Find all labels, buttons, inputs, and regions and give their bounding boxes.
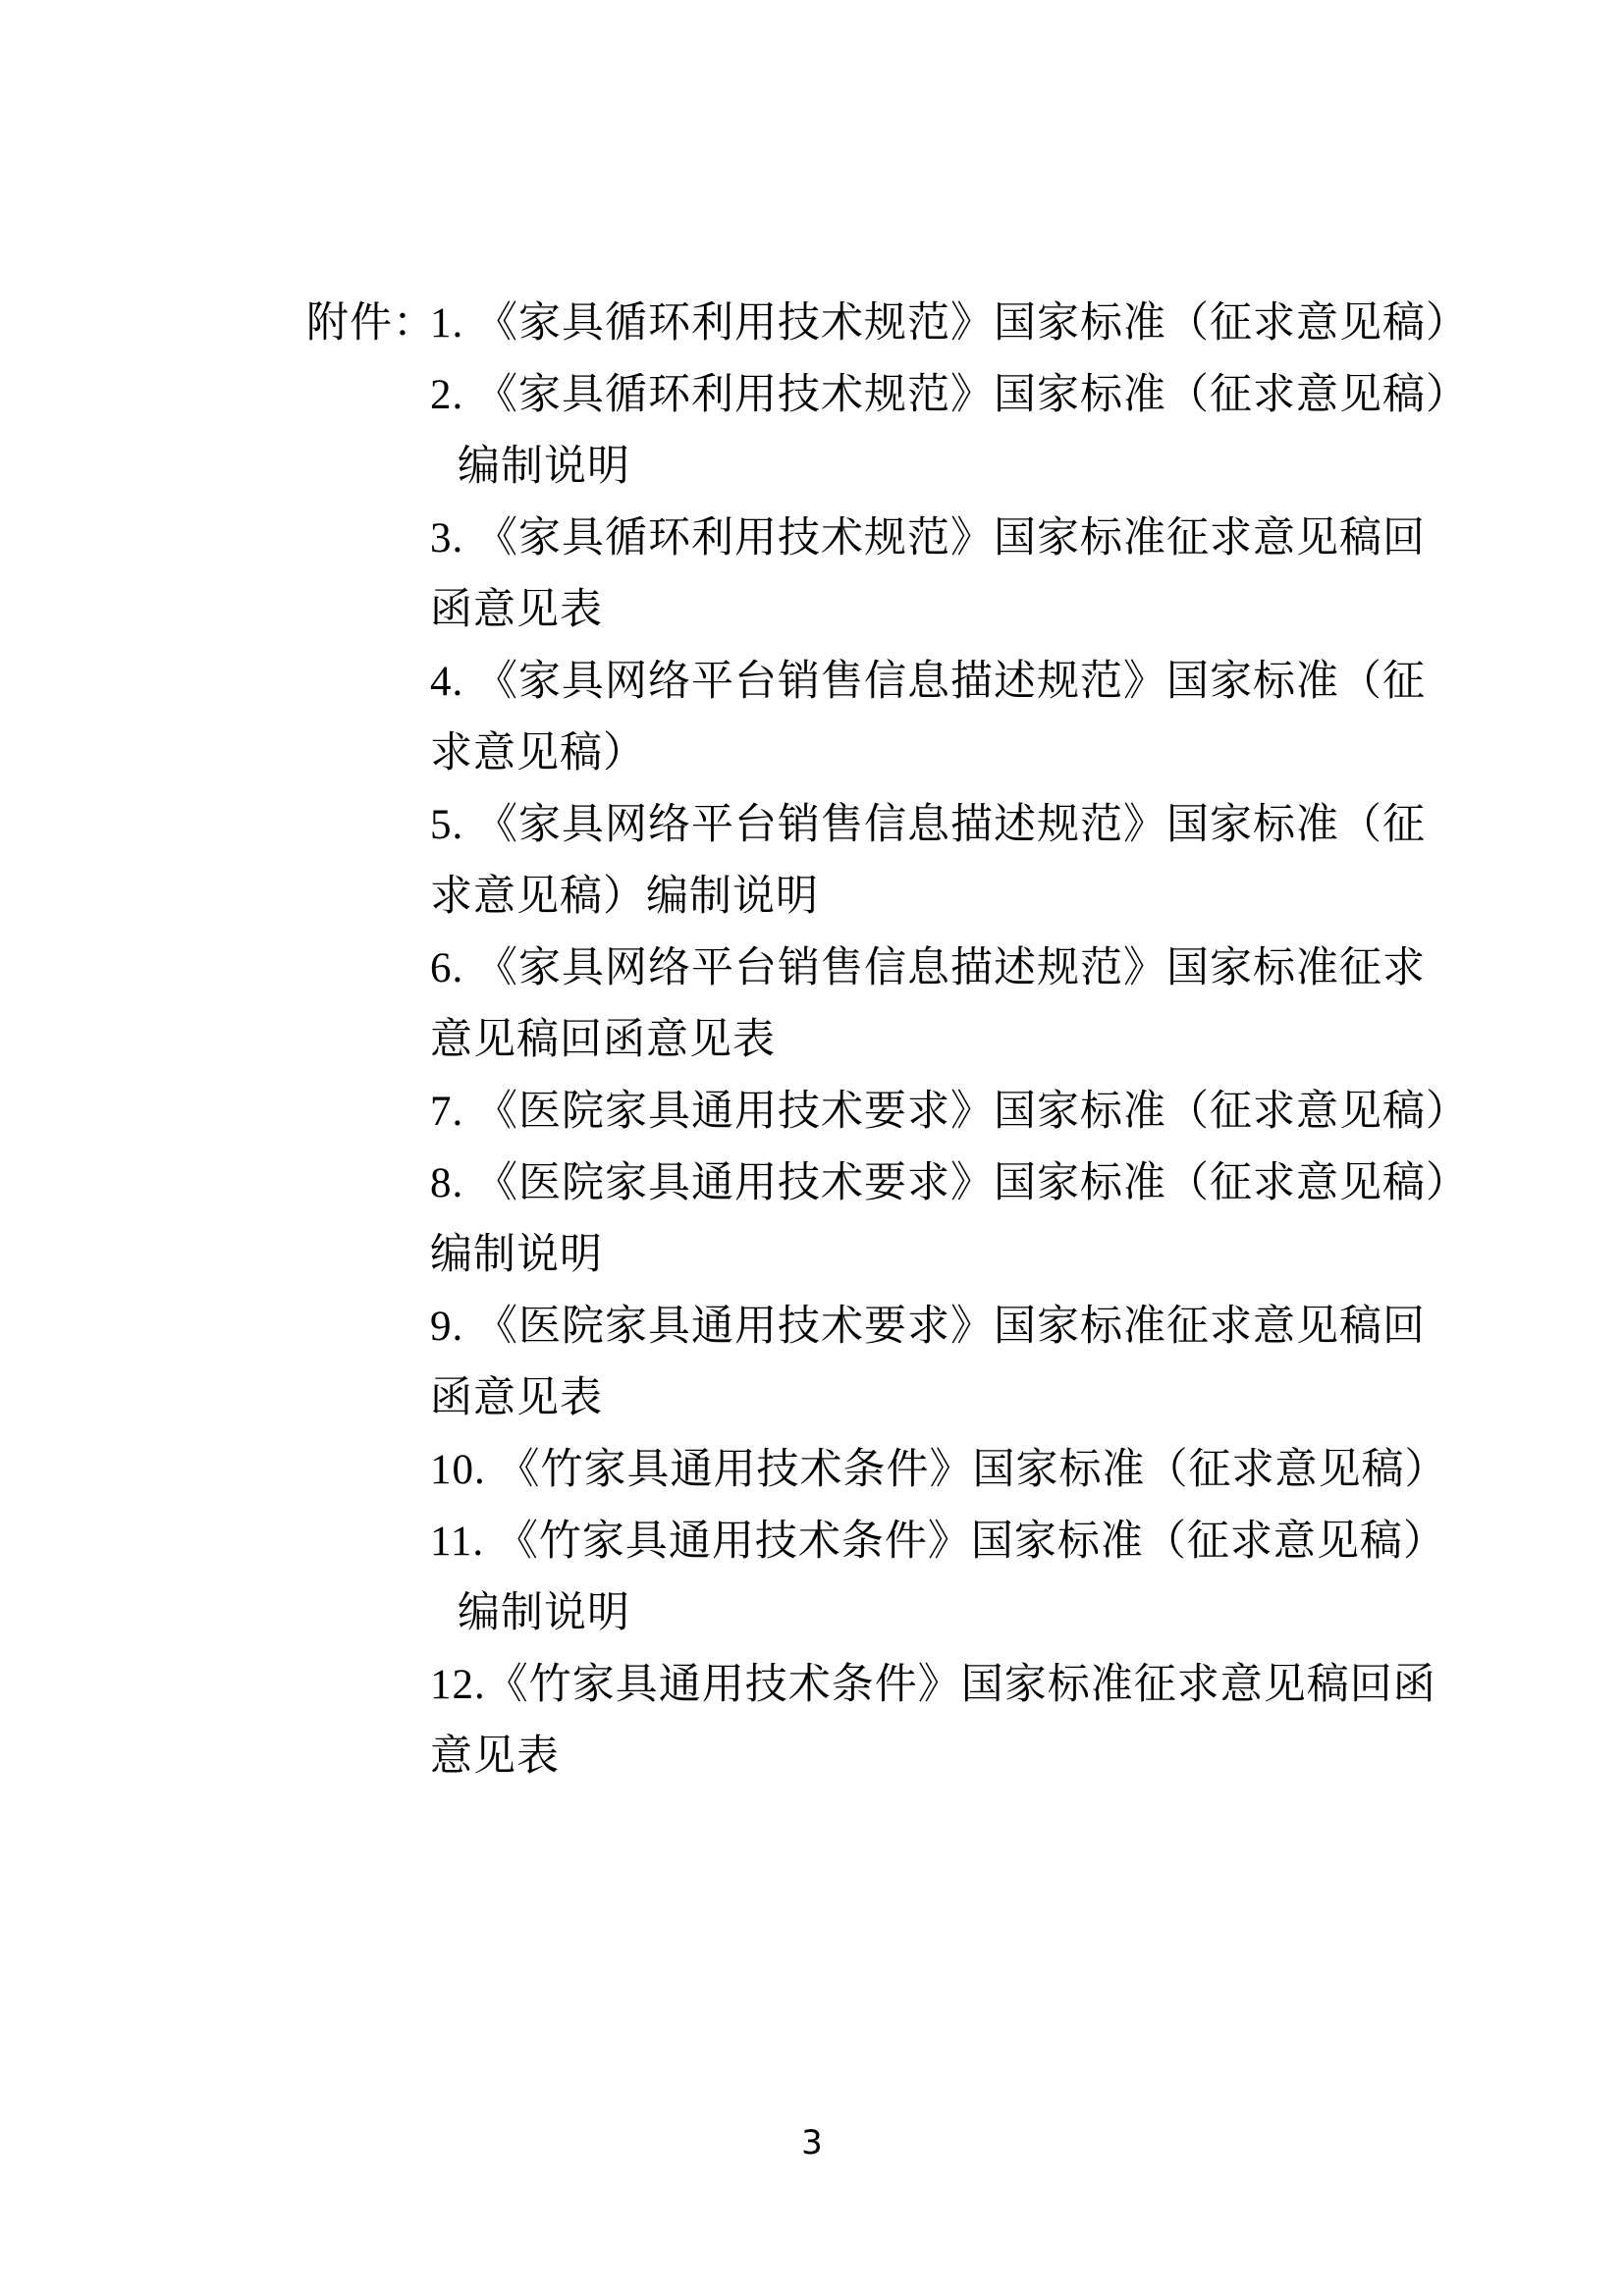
attachment-line: 3. 《家具循环利用技术规范》国家标准征求意见稿回	[430, 503, 1490, 574]
attachment-line: 函意见表	[430, 574, 1490, 646]
attachment-line: 编制说明	[430, 431, 1490, 503]
attachment-line: 8. 《医院家具通用技术要求》国家标准（征求意见稿）	[430, 1148, 1490, 1219]
attachment-line: 1. 《家具循环利用技术规范》国家标准（征求意见稿）	[430, 288, 1490, 359]
attachment-list: 1. 《家具循环利用技术规范》国家标准（征求意见稿）2. 《家具循环利用技术规范…	[430, 288, 1490, 1792]
page-number: 3	[0, 2123, 1624, 2163]
attachment-line: 编制说明	[430, 1219, 1490, 1291]
attachment-line: 2. 《家具循环利用技术规范》国家标准（征求意见稿）	[430, 359, 1490, 431]
attachment-line: 11. 《竹家具通用技术条件》国家标准（征求意见稿）	[430, 1506, 1490, 1577]
attachment-line: 意见表	[430, 1721, 1490, 1792]
attachment-line: 函意见表	[430, 1362, 1490, 1434]
document-page: 附件： 1. 《家具循环利用技术规范》国家标准（征求意见稿）2. 《家具循环利用…	[0, 0, 1624, 2296]
attachment-line: 意见稿回函意见表	[430, 1004, 1490, 1076]
attachment-line: 7. 《医院家具通用技术要求》国家标准（征求意见稿）	[430, 1076, 1490, 1148]
attachment-label: 附件：	[306, 288, 436, 359]
attachment-line: 10. 《竹家具通用技术条件》国家标准（征求意见稿）	[430, 1434, 1490, 1506]
attachment-line: 求意见稿）编制说明	[430, 861, 1490, 933]
attachment-line: 6. 《家具网络平台销售信息描述规范》国家标准征求	[430, 933, 1490, 1004]
attachment-line: 编制说明	[430, 1577, 1490, 1649]
attachment-line: 4. 《家具网络平台销售信息描述规范》国家标准（征	[430, 646, 1490, 718]
attachment-line: 5. 《家具网络平台销售信息描述规范》国家标准（征	[430, 789, 1490, 861]
attachment-line: 12.《竹家具通用技术条件》国家标准征求意见稿回函	[430, 1649, 1490, 1721]
attachment-line: 9. 《医院家具通用技术要求》国家标准征求意见稿回	[430, 1291, 1490, 1362]
attachment-line: 求意见稿）	[430, 718, 1490, 789]
